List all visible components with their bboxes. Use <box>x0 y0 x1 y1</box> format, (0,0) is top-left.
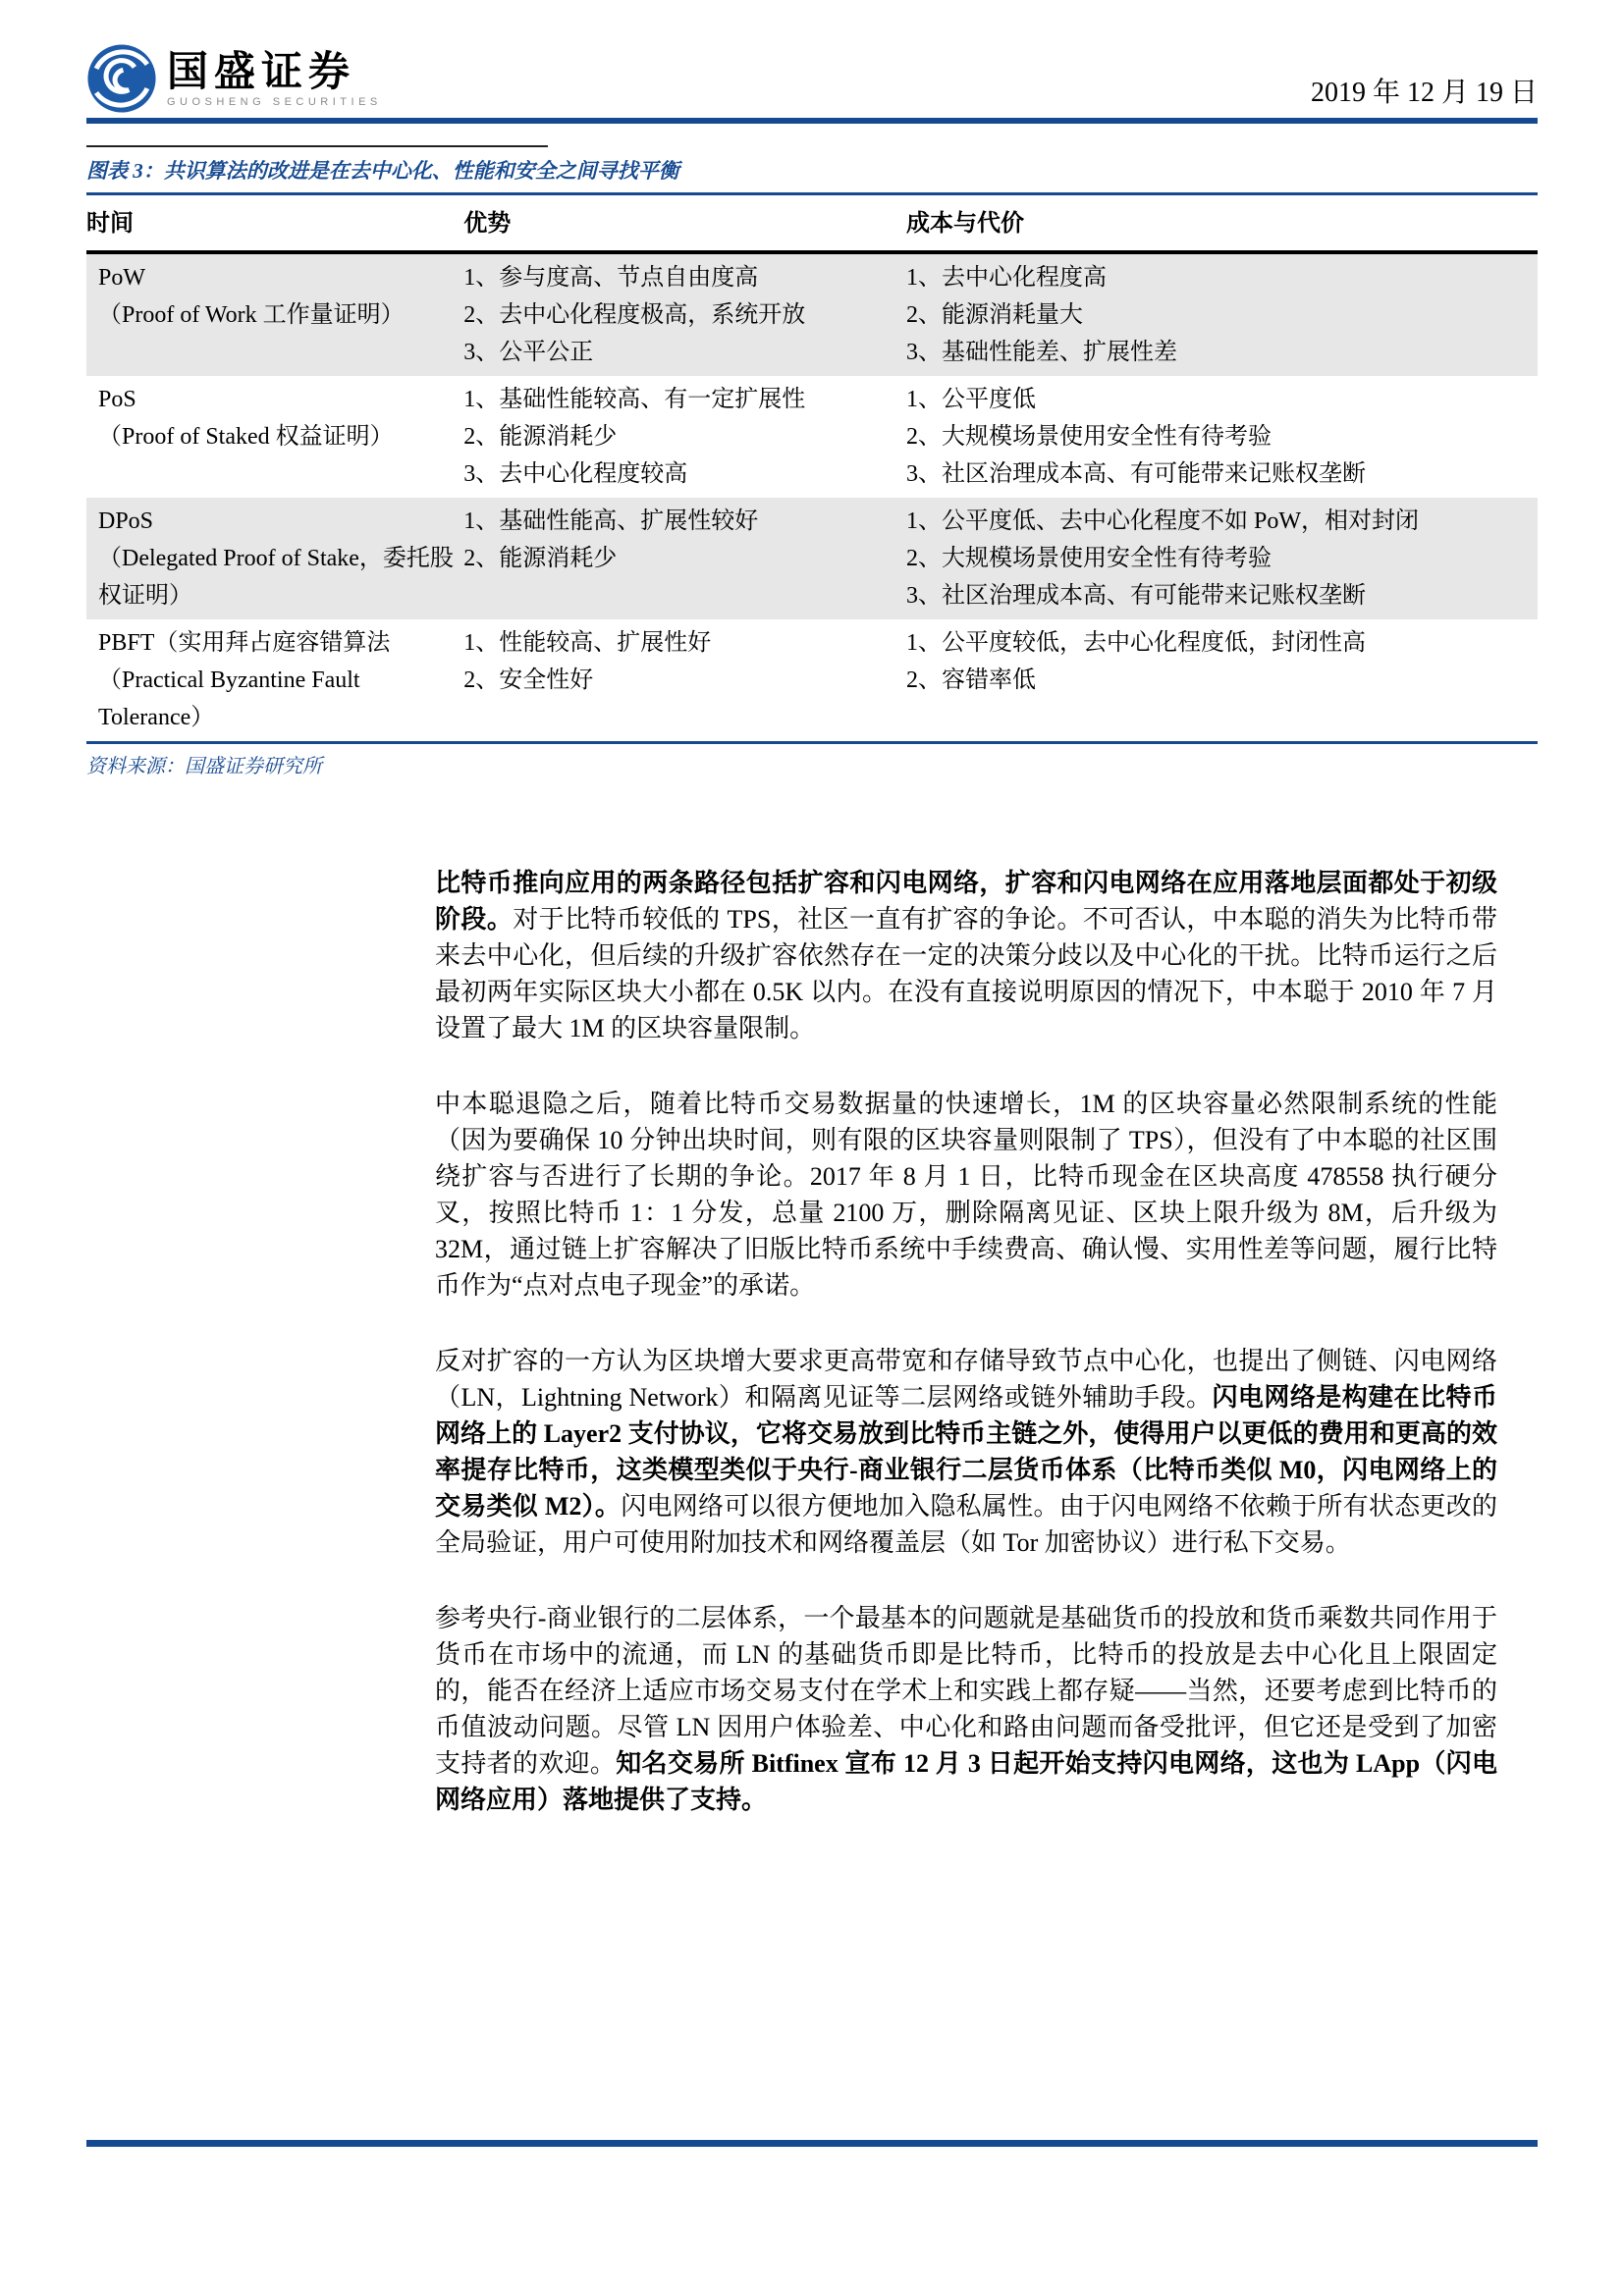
pow-costs: 1、去中心化程度高 2、能源消耗量大 3、基础性能差、扩展性差 <box>906 254 1538 376</box>
pos-name: PoS （Proof of Staked 权益证明） <box>86 376 463 498</box>
report-date: 2019 年 12 月 19 日 <box>1311 71 1538 114</box>
table-row-pbft: PBFT（实用拜占庭容错算法（Practical Byzantine Fault… <box>86 619 1538 741</box>
paragraph-2: 中本聪退隐之后，随着比特币交易数据量的快速增长，1M 的区块容量必然限制系统的性… <box>435 1086 1497 1304</box>
pbft-costs: 1、公平度较低，去中心化程度低，封闭性高 2、容错率低 <box>906 619 1538 741</box>
pos-advantages: 1、基础性能较高、有一定扩展性 2、能源消耗少 3、去中心化程度较高 <box>463 376 906 498</box>
body-text: 比特币推向应用的两条路径包括扩容和闪电网络，扩容和闪电网络在应用落地层面都处于初… <box>435 865 1497 1818</box>
paragraph-1-rest: 对于比特币较低的 TPS，社区一直有扩容的争论。不可否认，中本聪的消失为比特币带… <box>435 905 1497 1042</box>
table-header-row: 时间 优势 成本与代价 <box>86 195 1538 254</box>
footer-divider <box>86 2140 1538 2147</box>
report-page: 国盛证券 GUOSHENG SECURITIES 2019 年 12 月 19 … <box>0 0 1624 1818</box>
dpos-costs: 1、公平度低、去中心化程度不如 PoW，相对封闭 2、大规模场景使用安全性有待考… <box>906 498 1538 619</box>
col-header-time: 时间 <box>86 195 463 250</box>
pos-costs: 1、公平度低 2、大规模场景使用安全性有待考验 3、社区治理成本高、有可能带来记… <box>906 376 1538 498</box>
dpos-advantages: 1、基础性能高、扩展性较好 2、能源消耗少 <box>463 498 906 619</box>
caption-top-line <box>86 145 548 147</box>
pow-advantages: 1、参与度高、节点自由度高 2、去中心化程度极高，系统开放 3、公平公正 <box>463 254 906 376</box>
dpos-name: DPoS （Delegated Proof of Stake，委托股权证明） <box>86 498 463 619</box>
figure-caption: 图表 3：共识算法的改进是在去中心化、性能和安全之间寻找平衡 <box>86 155 1538 185</box>
page-header: 国盛证券 GUOSHENG SECURITIES 2019 年 12 月 19 … <box>86 0 1538 114</box>
company-name-cn: 国盛证券 <box>167 51 382 94</box>
table-row-pow: PoW （Proof of Work 工作量证明） 1、参与度高、节点自由度高 … <box>86 254 1538 376</box>
consensus-table: 时间 优势 成本与代价 PoW （Proof of Work 工作量证明） 1、… <box>86 192 1538 744</box>
table-source: 资料来源：国盛证券研究所 <box>86 750 1538 778</box>
pow-name: PoW （Proof of Work 工作量证明） <box>86 254 463 376</box>
company-logo: 国盛证券 GUOSHENG SECURITIES <box>86 43 382 114</box>
guosheng-logo-icon <box>86 43 157 114</box>
table-row-pos: PoS （Proof of Staked 权益证明） 1、基础性能较高、有一定扩… <box>86 376 1538 498</box>
pbft-name: PBFT（实用拜占庭容错算法（Practical Byzantine Fault… <box>86 619 463 741</box>
paragraph-1: 比特币推向应用的两条路径包括扩容和闪电网络，扩容和闪电网络在应用落地层面都处于初… <box>435 865 1497 1046</box>
paragraph-4: 参考央行-商业银行的二层体系，一个最基本的问题就是基础货币的投放和货币乘数共同作… <box>435 1600 1497 1818</box>
header-divider <box>86 118 1538 124</box>
paragraph-3: 反对扩容的一方认为区块增大要求更高带宽和存储导致节点中心化，也提出了侧链、闪电网… <box>435 1343 1497 1561</box>
col-header-advantage: 优势 <box>463 195 906 250</box>
company-name-en: GUOSHENG SECURITIES <box>167 96 382 108</box>
pbft-advantages: 1、性能较高、扩展性好 2、安全性好 <box>463 619 906 741</box>
col-header-cost: 成本与代价 <box>906 195 1538 250</box>
table-row-dpos: DPoS （Delegated Proof of Stake，委托股权证明） 1… <box>86 498 1538 619</box>
